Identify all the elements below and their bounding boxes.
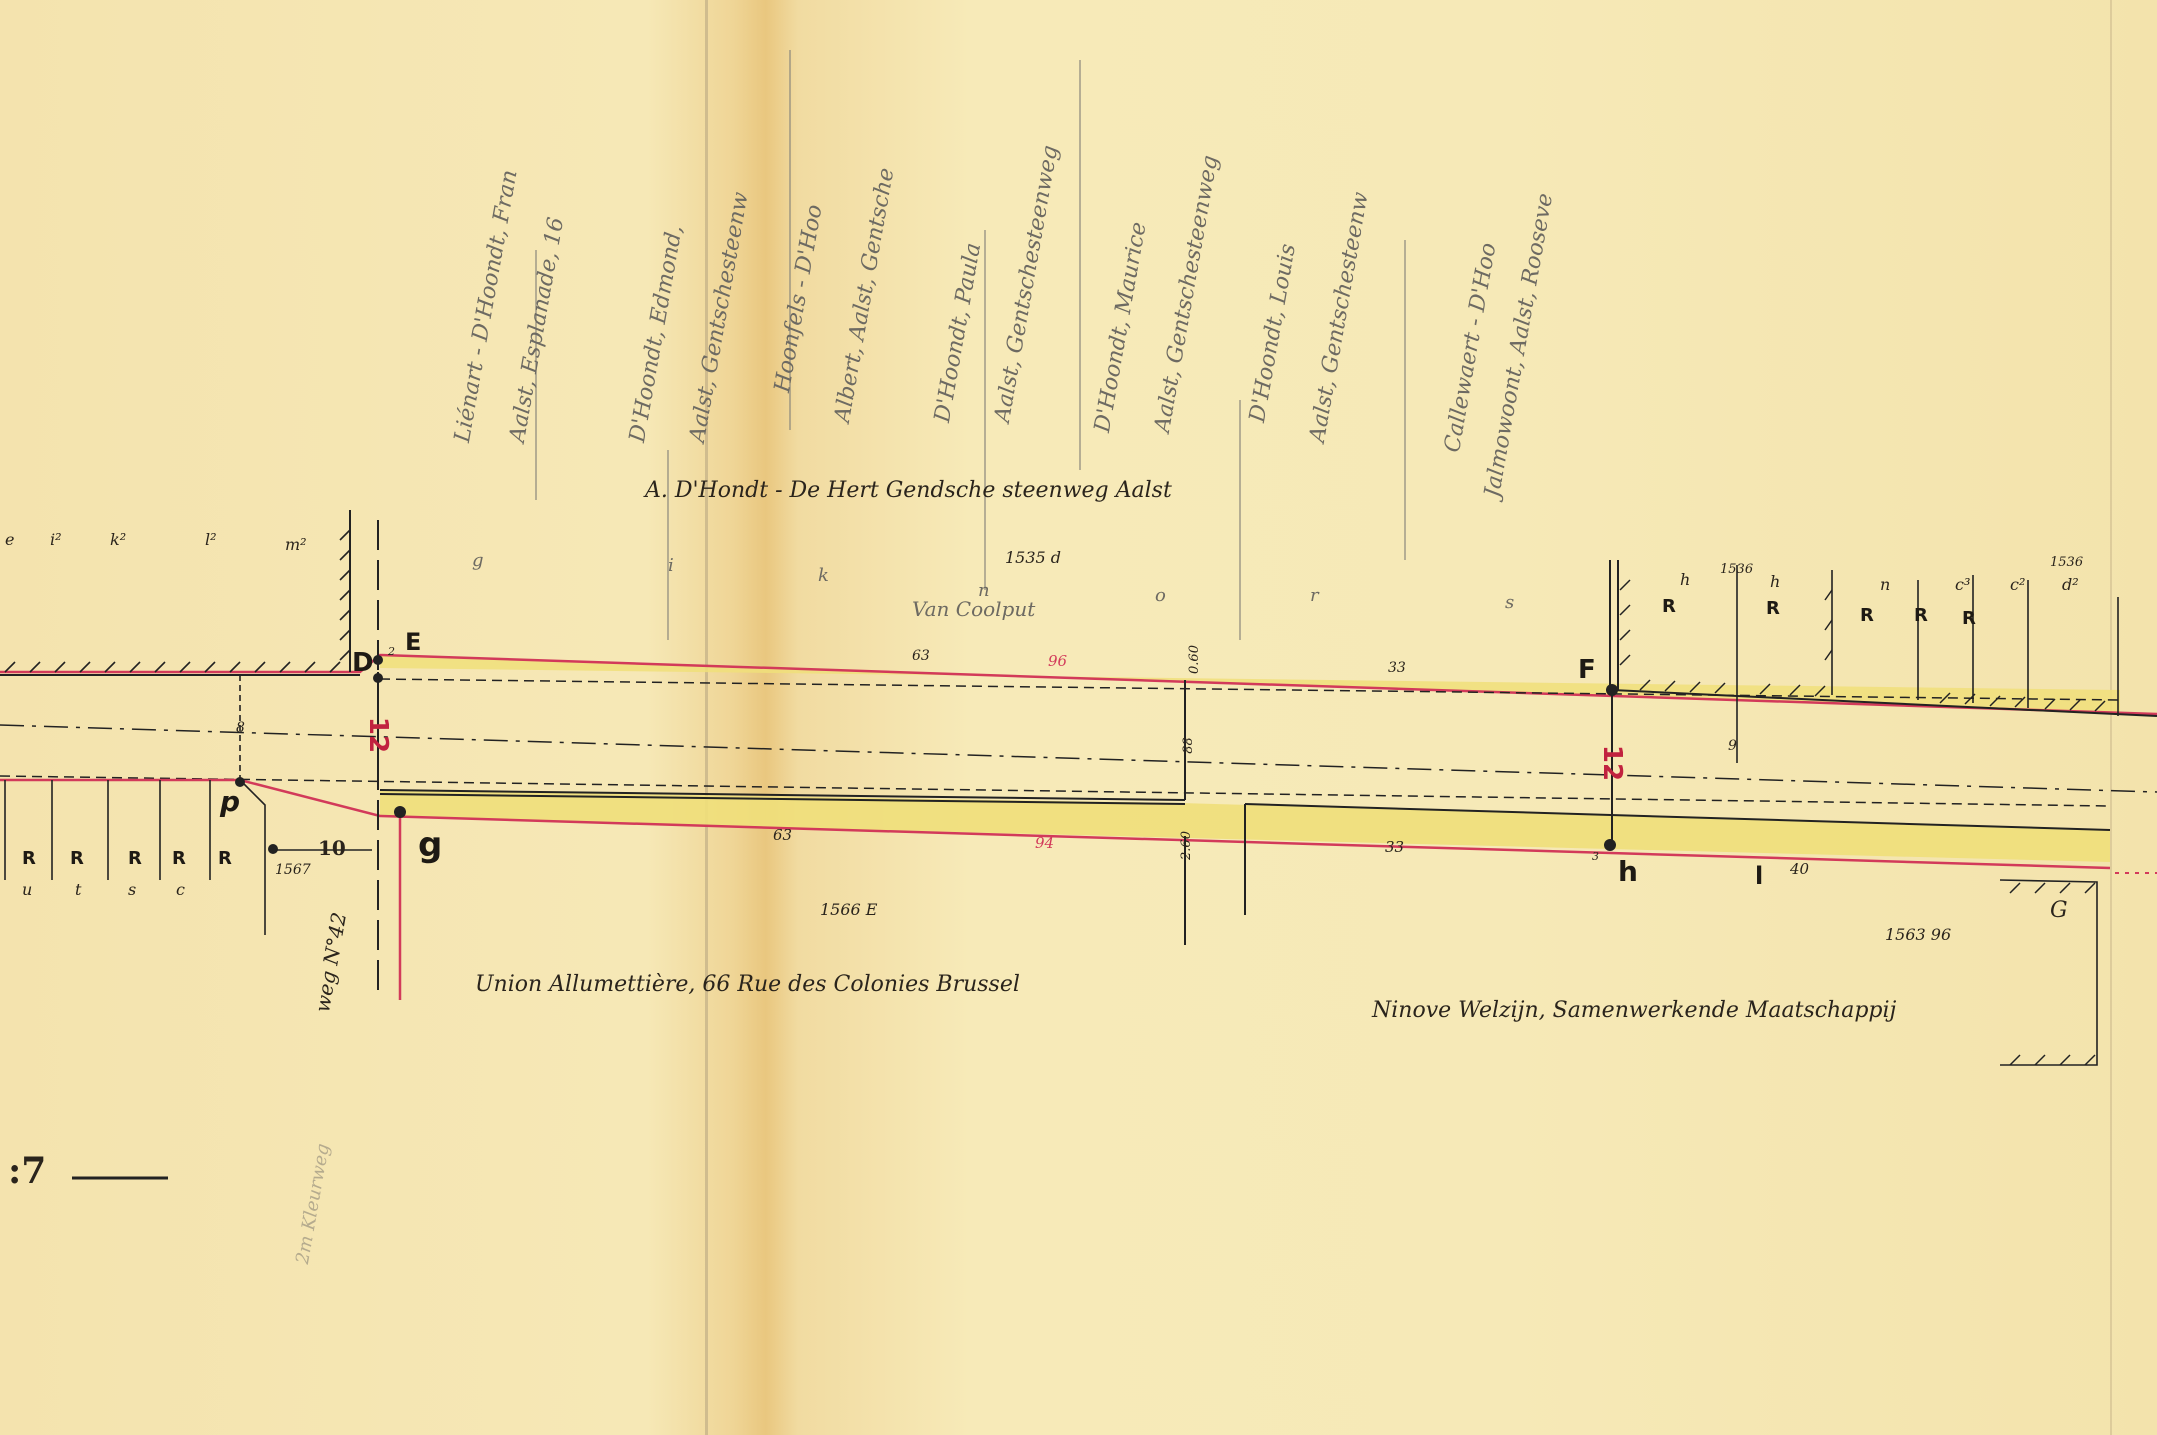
parcel-1563-96: 1563 96 (1885, 925, 1951, 944)
house-mark: R (1662, 596, 1676, 617)
dim-bot-94: 94 (1035, 834, 1054, 852)
parcel-letter: s (128, 880, 136, 899)
parcel-letter: g (472, 550, 484, 571)
dim-width-left: 8 (236, 720, 245, 736)
dim-top-0-60: 0.60 (1187, 645, 1202, 674)
owner-label-south-west: Union Allumettière, 66 Rue des Colonies … (475, 972, 1020, 997)
parcel-letter: c (176, 880, 185, 899)
dim-width-right: 9 (1728, 738, 1737, 754)
house-mark: R (1766, 598, 1780, 619)
dim-bot-40: 40 (1790, 860, 1809, 878)
dim-bot-33: 33 (1385, 838, 1404, 856)
dim-mid-88: 88 (1181, 737, 1196, 754)
house-mark: R (1914, 605, 1928, 626)
parcel-1536-a: 1536 (1720, 562, 1753, 577)
dim-bot-63: 63 (773, 826, 792, 844)
owner-label-south-east: Ninove Welzijn, Samenwerkende Maatschapp… (1372, 998, 1896, 1023)
point-G: G (2050, 898, 2068, 923)
dim-width-D: 12 (363, 717, 393, 753)
dim-bot-2-60: 2.60 (1179, 831, 1194, 860)
dim-small-3: 3 (1592, 850, 1599, 863)
parcel-letter: u (22, 880, 32, 899)
plan-drawing (0, 0, 2157, 1435)
parcel-letter: c² (2010, 575, 2025, 594)
point-D: D (352, 648, 374, 678)
dim-offset-10: 10 (318, 836, 346, 860)
parcel-letter: n (1880, 575, 1890, 594)
parcel-letter: i² (50, 530, 62, 549)
house-mark: R (1860, 605, 1874, 626)
parcel-letter: r (1310, 585, 1319, 606)
parcel-letter: i (668, 555, 674, 576)
point-l: l (1755, 862, 1763, 890)
house-mark: R (172, 848, 186, 869)
parcel-letter: k² (110, 530, 126, 549)
map-sheet: Liénart - D'Hoondt, Fran Aalst, Esplanad… (0, 0, 2157, 1435)
dim-small-2: 2 (388, 645, 395, 658)
parcel-1535d: 1535 d (1005, 548, 1061, 567)
dim-width-F: 12 (1597, 745, 1627, 781)
point-g: g (418, 825, 442, 865)
parcel-letter: t (75, 880, 81, 899)
scale-label: :7 (8, 1150, 46, 1192)
parcel-letter: m² (285, 535, 307, 554)
parcel-letter: o (1155, 585, 1166, 606)
dim-top-63: 63 (912, 648, 930, 664)
parcel-letter: n (978, 580, 990, 601)
parcel-letter: h (1680, 570, 1690, 589)
dim-top-33: 33 (1388, 660, 1406, 676)
house-mark: R (218, 848, 232, 869)
parcel-letter: l² (205, 530, 217, 549)
owner-label-pencil-note: Van Coolput (912, 597, 1035, 621)
house-mark: R (1962, 608, 1976, 629)
parcel-1566e: 1566 E (820, 900, 877, 919)
parcel-letter: s (1505, 592, 1514, 613)
parcel-letter: h (1770, 572, 1780, 591)
parcel-1567: 1567 (275, 862, 311, 878)
point-p: p (220, 785, 240, 818)
point-E: E (405, 628, 421, 656)
owner-label-north: A. D'Hondt - De Hert Gendsche steenweg A… (645, 478, 1172, 503)
parcel-letter: d² (2062, 575, 2079, 594)
parcel-letter: e (5, 530, 14, 549)
house-mark: R (22, 848, 36, 869)
point-h: h (1618, 855, 1638, 888)
point-F: F (1578, 655, 1596, 685)
house-mark: R (128, 848, 142, 869)
dim-top-96: 96 (1048, 652, 1067, 670)
house-mark: R (70, 848, 84, 869)
parcel-letter: k (818, 565, 829, 586)
parcel-1536-b: 1536 (2050, 555, 2083, 570)
parcel-letter: c³ (1955, 575, 1970, 594)
